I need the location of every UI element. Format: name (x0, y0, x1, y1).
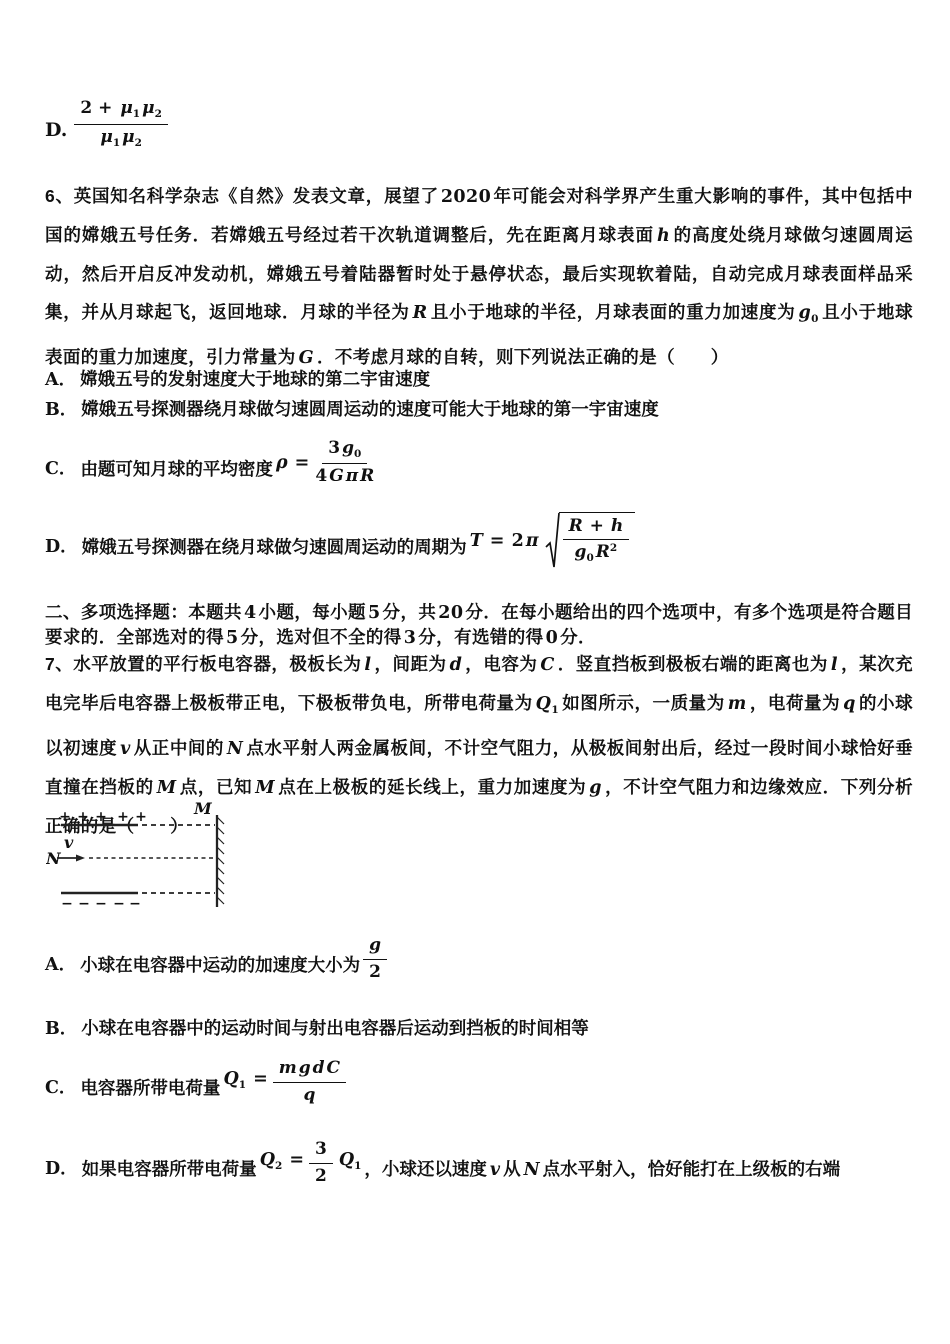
q6-option-d-text: 嫦娥五号探测器在绕月球做匀速圆周运动的周期为 (82, 535, 467, 559)
q7-option-a-text: 小球在电容器中运动的加速度大小为 (80, 953, 360, 977)
q6-option-a: A．嫦娥五号的发射速度大于地球的第二宇宙速度 (45, 367, 430, 392)
q6-option-d-formula-lhs: T = 2π (469, 529, 540, 553)
fraction-denominator: 2 (314, 1164, 328, 1187)
section2-instructions: 二、多项选择题：本题共4小题，每小题5分，共20分．在每小题给出的四个选项中，有… (45, 600, 913, 650)
minus-charge-icon: − (61, 896, 73, 912)
q6-option-b: B．嫦娥五号探测器绕月球做匀速圆周运动的速度可能大于地球的第一宇宙速度 (45, 397, 659, 422)
q7-option-c: C． 电容器所带电荷量 Q1 = mgdC q (45, 1053, 349, 1111)
minus-charge-icon: − (129, 896, 141, 912)
q6-option-d-fraction: R + h g0R2 (563, 516, 630, 565)
q7-option-d-formula-lhs: Q2 = (259, 1148, 304, 1178)
prev-option-d-fraction: 2 + μ1μ2 μ1μ2 (74, 98, 167, 149)
fraction-numerator: mgdC (273, 1058, 346, 1082)
prev-option-d: D. 2 + μ1μ2 μ1μ2 (45, 93, 171, 155)
q7-option-c-formula-lhs: Q1 = (222, 1067, 267, 1097)
fraction-numerator: R + h (563, 516, 630, 540)
point-m-label: M (193, 800, 213, 818)
fraction-denominator: q (302, 1083, 316, 1106)
fraction-denominator: 2 (368, 960, 382, 983)
plus-charge-icon: + (59, 809, 71, 825)
q6-option-a-text: 嫦娥五号的发射速度大于地球的第二宇宙速度 (80, 369, 430, 389)
prev-option-d-label: D. (45, 119, 67, 141)
q6-option-b-text: 嫦娥五号探测器绕月球做匀速圆周运动的速度可能大于地球的第一宇宙速度 (81, 399, 659, 419)
fraction-numerator: g (363, 935, 387, 959)
plus-charge-icon: + (117, 809, 129, 825)
q7-option-d-tail: ，小球还以速度v从N点水平射入，恰好能打在上级板的右端 (364, 1157, 840, 1182)
velocity-label: v (64, 833, 74, 852)
q6-option-c-formula-lhs: ρ = (275, 451, 309, 475)
fraction-denominator: μ1μ2 (99, 125, 143, 150)
q7-option-d-fraction: 3 2 (309, 1139, 333, 1187)
q7-option-c-label: C． (45, 1076, 76, 1100)
plus-charge-icon: + (95, 809, 107, 825)
q6-option-c-label: C． (45, 457, 76, 481)
plus-charge-icon: + (135, 809, 147, 825)
fraction-numerator: 2 + μ1μ2 (74, 98, 167, 124)
fraction-numerator: 3g0 (322, 438, 367, 464)
q6-option-a-label: A． (45, 370, 76, 390)
q7-option-b-label: B． (45, 1019, 77, 1039)
q7-option-c-fraction: mgdC q (273, 1058, 346, 1106)
q6-option-b-label: B． (45, 400, 77, 420)
q7-option-a: A． 小球在电容器中运动的加速度大小为 g 2 (45, 930, 390, 988)
fraction-denominator: 4GπR (314, 464, 375, 487)
fraction-numerator: 3 (309, 1139, 333, 1163)
fraction-denominator: g0R2 (574, 540, 619, 565)
q7-option-a-label: A． (45, 953, 76, 977)
q7-option-d-text: 如果电容器所带电荷量 (82, 1157, 257, 1181)
square-root: R + h g0R2 (545, 512, 636, 570)
velocity-arrowhead (76, 855, 85, 862)
exam-page: D. 2 + μ1μ2 μ1μ2 6、英国知名科学杂志《自然》发表文章，展望了2… (0, 0, 950, 1344)
q6-option-d: D． 嫦娥五号探测器在绕月球做匀速圆周运动的周期为 T = 2π R + h g… (45, 508, 635, 574)
minus-charge-icon: − (95, 896, 107, 912)
q7-option-b: B．小球在电容器中的运动时间与射出电容器后运动到挡板的时间相等 (45, 1016, 589, 1041)
q7-option-d-label: D． (45, 1157, 78, 1181)
q7-option-a-fraction: g 2 (363, 935, 387, 983)
q6-option-c: C． 由题可知月球的平均密度 ρ = 3g0 4GπR (45, 434, 378, 492)
q7-option-d: D． 如果电容器所带电荷量 Q2 = 3 2 Q1 ，小球还以速度v从N点水平射… (45, 1130, 840, 1196)
q7-option-b-text: 小球在电容器中的运动时间与射出电容器后运动到挡板的时间相等 (81, 1018, 589, 1038)
radicand: R + h g0R2 (559, 512, 636, 565)
plus-charge-icon: + (77, 809, 89, 825)
question6-stem: 6、英国知名科学杂志《自然》发表文章，展望了2020年可能会对科学界产生重大影响… (45, 177, 913, 377)
capacitor-figure: + + + + + M N v − − − − − (46, 800, 232, 924)
q7-option-d-formula-rhs: Q1 (338, 1148, 363, 1178)
minus-charge-icon: − (78, 896, 90, 912)
minus-charge-icon: − (113, 896, 125, 912)
q6-option-d-label: D． (45, 535, 78, 559)
q6-option-c-text: 由题可知月球的平均密度 (80, 457, 273, 481)
radical-sign (545, 512, 560, 570)
q7-option-c-text: 电容器所带电荷量 (80, 1076, 220, 1100)
q6-option-c-fraction: 3g0 4GπR (314, 438, 375, 487)
